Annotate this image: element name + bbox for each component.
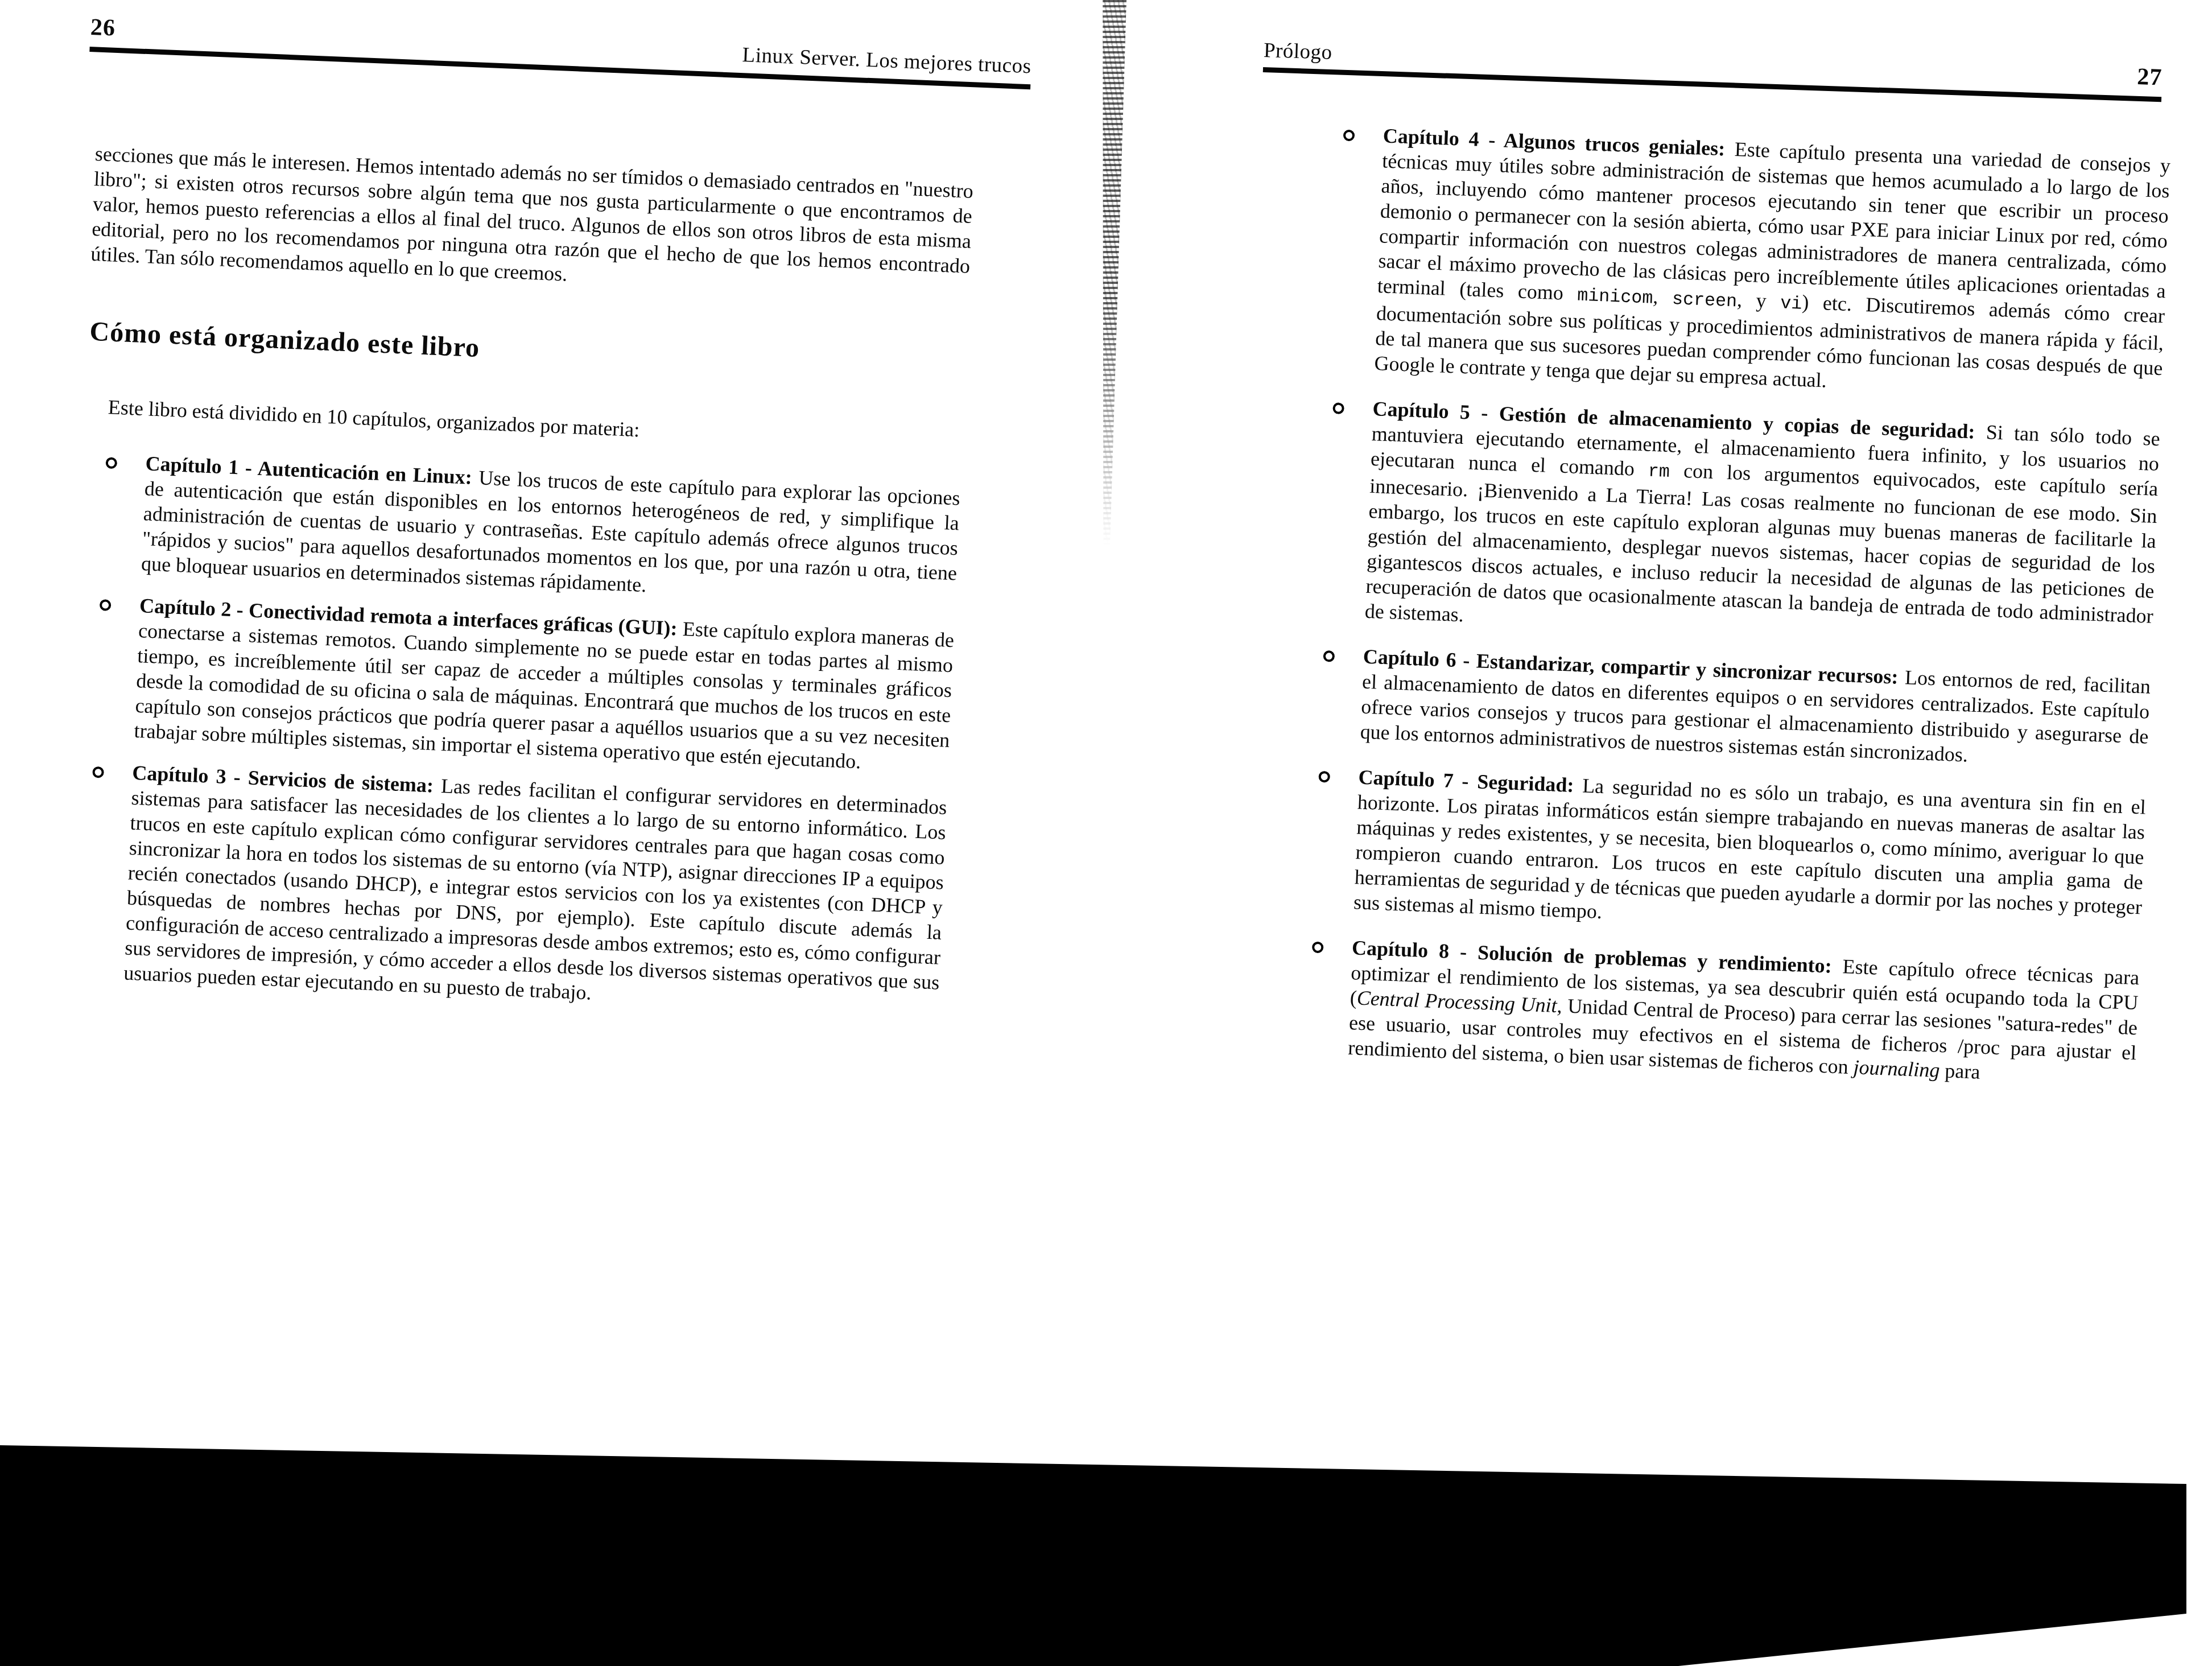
section-heading: Cómo está organizado este libro (89, 316, 967, 385)
chapter-bullet-text: Capítulo 2 - Conectividad remota a inter… (134, 594, 955, 773)
chapter-bullet-text: Capítulo 8 - Solución de problemas y ren… (1348, 936, 2140, 1083)
chapter-bullet: Capítulo 1 - Autenticación en Linux: Use… (77, 448, 961, 611)
list-intro: Este libro está dividido en 10 capítulos… (108, 394, 963, 456)
chapter-bullet: Capítulo 5 - Gestión de almacenamiento y… (1301, 394, 2160, 654)
left-page-header: 26 Linux Server. Los mejores trucos (89, 14, 1031, 89)
right-running-title: Prólogo (1263, 38, 1332, 65)
chapter-bullet-text: Capítulo 7 - Seguridad: La seguridad no … (1353, 765, 2147, 923)
chapter-bullet-text: Capítulo 1 - Autenticación en Linux: Use… (141, 452, 960, 596)
chapter-bullet: Capítulo 3 - Servicios de sistema: Las r… (60, 757, 948, 1020)
right-page-body: Capítulo 4 - Algunos trucos geniales: Es… (1284, 121, 2171, 1090)
left-running-title: Linux Server. Los mejores trucos (742, 43, 1032, 79)
bullet-icon (1318, 771, 1330, 783)
chapter-bullet: Capítulo 4 - Algunos trucos geniales: Es… (1310, 121, 2171, 406)
binding-shadow (1093, 0, 1126, 546)
right-page-header: Prólogo 27 (1263, 34, 2163, 102)
right-page-number: 27 (2137, 63, 2163, 91)
chapter-bullet: Capítulo 2 - Conectividad remota a inter… (70, 590, 955, 778)
chapter-bullet: Capítulo 6 - Estandarizar, compartir y s… (1296, 641, 2151, 774)
chapter-bullet-text: Capítulo 3 - Servicios de sistema: Las r… (123, 761, 947, 1004)
chapter-bullet-text: Capítulo 5 - Gestión de almacenamiento y… (1364, 397, 2160, 628)
opening-paragraph: secciones que más le interesen. Hemos in… (90, 141, 974, 304)
scanned-book-spread: 26 Linux Server. Los mejores trucos Pról… (0, 0, 2212, 1666)
bullet-icon (92, 766, 104, 778)
left-page-number: 26 (90, 14, 116, 42)
bullet-icon (1323, 650, 1335, 662)
chapter-bullet: Capítulo 7 - Seguridad: La seguridad no … (1290, 762, 2147, 945)
bullet-icon (105, 457, 117, 469)
chapter-list-right: Capítulo 4 - Algunos trucos geniales: Es… (1284, 121, 2171, 1090)
bullet-icon (1332, 402, 1344, 414)
left-page-body: secciones que más le interesen. Hemos in… (60, 141, 974, 1020)
bullet-icon (1343, 130, 1355, 142)
chapter-bullet-text: Capítulo 6 - Estandarizar, compartir y s… (1360, 645, 2151, 766)
bullet-icon (100, 599, 112, 611)
bullet-icon (1312, 942, 1324, 954)
chapter-list-left: Capítulo 1 - Autenticación en Linux: Use… (60, 448, 961, 1020)
chapter-bullet: Capítulo 8 - Solución de problemas y ren… (1284, 933, 2140, 1090)
chapter-bullet-text: Capítulo 4 - Algunos trucos geniales: Es… (1374, 124, 2171, 391)
